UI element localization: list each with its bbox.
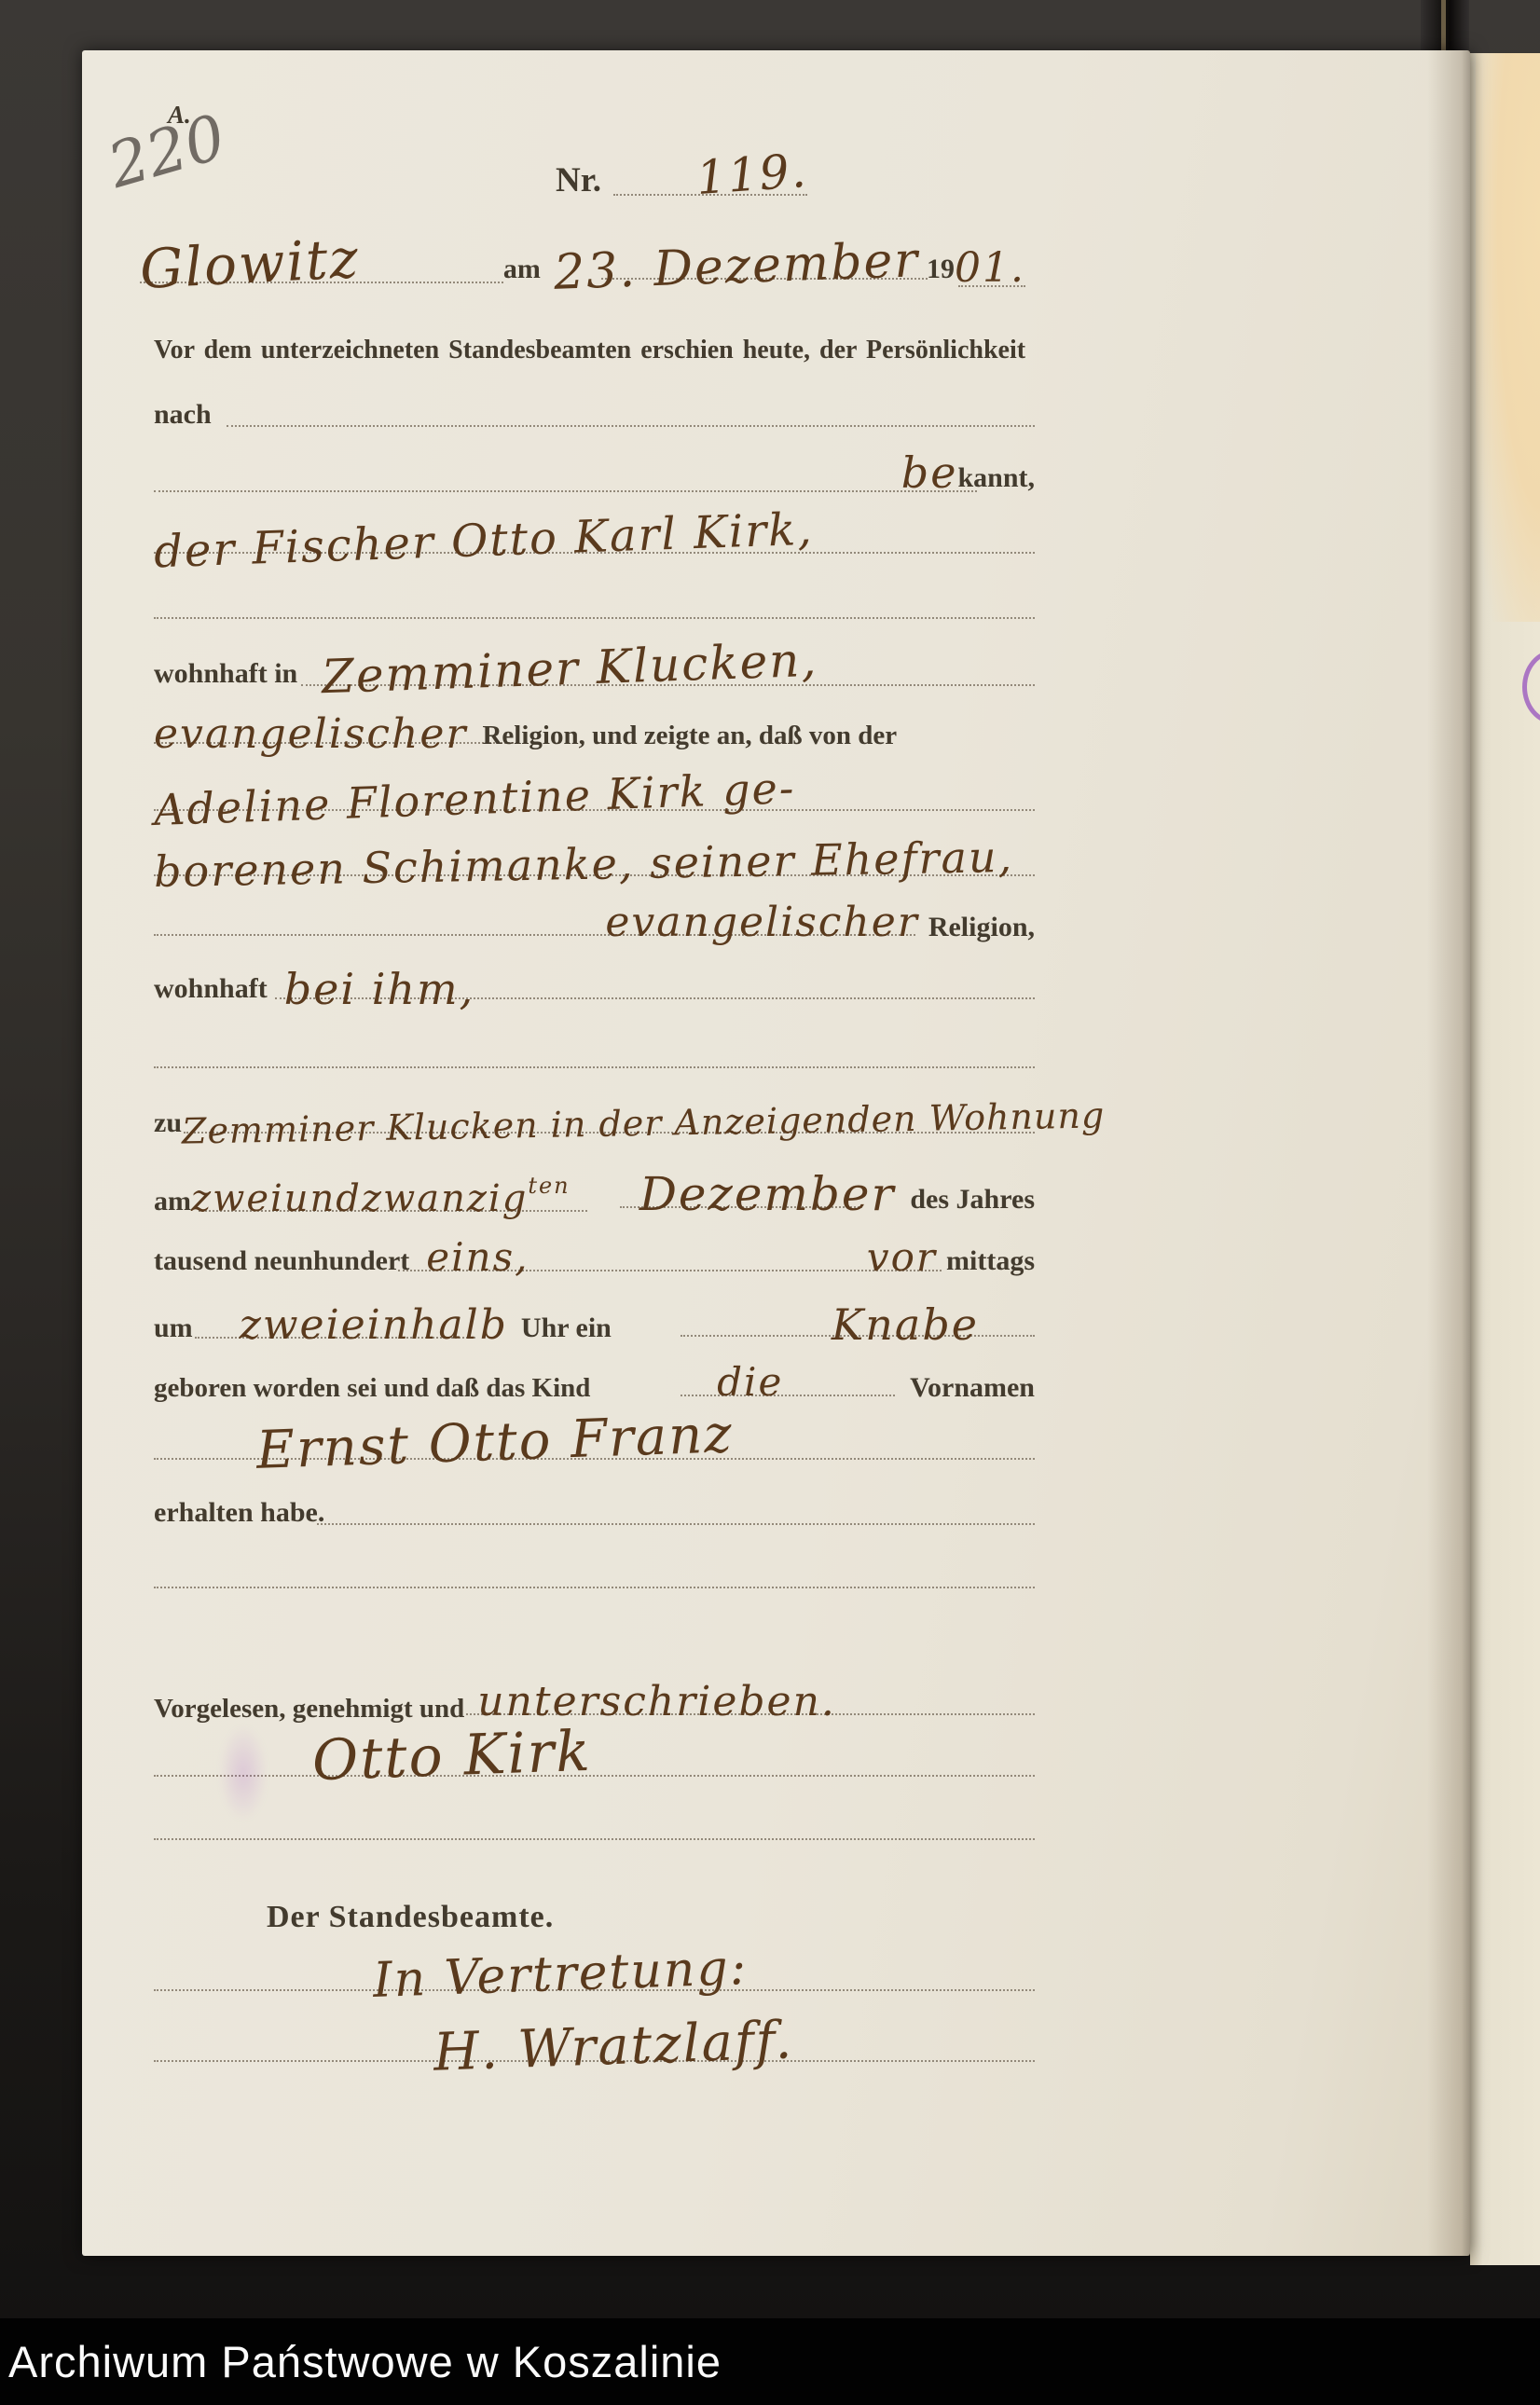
bei-ihm-handwritten: bei ihm, bbox=[284, 968, 475, 1010]
place-handwritten: Glowitz bbox=[139, 231, 362, 296]
mother2-handwritten: borenen Schimanke, seiner Ehefrau, bbox=[154, 835, 1014, 893]
child-names-line: Ernst Otto Franz bbox=[154, 1398, 1035, 1469]
wohnhaft-label: wohnhaft bbox=[154, 975, 268, 1003]
intro-paragraph-line: Vor dem unterzeichneten Standesbeamten e… bbox=[154, 319, 1049, 364]
place-date-line: Glowitz am 23. Dezember 19 01. bbox=[140, 201, 1025, 291]
archive-caption-bar: Archiwum Państwowe w Koszalinie bbox=[0, 2318, 1540, 2405]
birth-day-handwritten: zweiundzwanzig bbox=[191, 1180, 528, 1217]
religion1-label: Religion, und zeigte an, daß von der bbox=[482, 722, 897, 749]
nr-value-handwritten: 119. bbox=[694, 147, 809, 201]
document-page: A. 220 Nr. 119. Glowitz am 23. Dezember … bbox=[82, 50, 1470, 2256]
tausend-label: tausend neunhundert bbox=[154, 1247, 409, 1275]
pencil-page-number: 220 bbox=[101, 101, 233, 202]
nach-label: nach bbox=[154, 401, 212, 429]
birth-year-line: tausend neunhundert eins, vor mittags bbox=[154, 1223, 1035, 1277]
purple-ink-smudge bbox=[183, 2174, 309, 2295]
birth-month-handwritten: Dezember bbox=[639, 1171, 896, 1217]
birth-day-suffix: ten bbox=[528, 1175, 570, 1197]
um-label: um bbox=[154, 1314, 193, 1342]
in-vertretung-line: In Vertretung: bbox=[154, 1933, 1035, 1999]
uhr-ein-label: Uhr ein bbox=[521, 1314, 612, 1342]
residence-handwritten: Zemminer Klucken, bbox=[322, 637, 819, 701]
erhalten-line: erhalten habe. bbox=[154, 1482, 1035, 1527]
binding-thread bbox=[1441, 0, 1446, 52]
year-handwritten: 01. bbox=[955, 248, 1025, 289]
mother-line-1: Adeline Florentine Kirk ge- bbox=[154, 757, 1035, 820]
adjacent-page-edge bbox=[1470, 53, 1540, 2265]
wohnhaft-line: wohnhaft bei ihm, bbox=[154, 947, 1035, 1010]
child-names-handwritten: Ernst Otto Franz bbox=[255, 1409, 734, 1477]
am2-label: am bbox=[154, 1188, 191, 1216]
religion1-handwritten: evangelischer bbox=[154, 714, 467, 755]
archive-name: Archiwum Państwowe w Koszalinie bbox=[0, 2336, 722, 2387]
des-jahres-label: des Jahres bbox=[910, 1186, 1035, 1214]
dotted-rule bbox=[154, 490, 977, 492]
registrar-title-line: Der Standesbeamte. bbox=[267, 1892, 826, 1933]
date-handwritten: 23. Dezember bbox=[553, 236, 920, 297]
declarant-line: der Fischer Otto Karl Kirk, bbox=[154, 494, 1035, 563]
empty-rule-line bbox=[154, 1559, 1035, 1590]
declarant-handwritten: der Fischer Otto Karl Kirk, bbox=[153, 507, 814, 575]
nr-label: Nr. bbox=[556, 163, 601, 198]
in-vertretung-handwritten: In Vertretung: bbox=[372, 1944, 749, 2005]
zu-label: zu bbox=[154, 1109, 182, 1137]
declarant-signature: Otto Kirk bbox=[311, 1724, 593, 1789]
nach-line: nach bbox=[154, 382, 1035, 429]
intro-text: Vor dem unterzeichneten Standesbeamten e… bbox=[154, 337, 1025, 364]
vorgelesen-label: Vorgelesen, genehmigt und bbox=[154, 1696, 464, 1723]
religion2-handwritten: evangelischer bbox=[605, 902, 918, 943]
empty-rule-line bbox=[154, 1808, 1035, 1842]
dotted-rule bbox=[681, 1395, 895, 1396]
dotted-rule bbox=[227, 425, 1035, 427]
mother-line-2: borenen Schimanke, seiner Ehefrau, bbox=[154, 822, 1035, 886]
bekannt-line: be kannt, bbox=[154, 440, 1035, 494]
wohnhaft-in-label: wohnhaft in bbox=[154, 660, 297, 688]
dotted-rule bbox=[154, 1587, 1035, 1588]
kannt-label: kannt, bbox=[957, 464, 1035, 492]
birth-place-handwritten: Zemminer Klucken in der Anzeigenden Wohn… bbox=[182, 1097, 1106, 1148]
religion2-label: Religion, bbox=[928, 914, 1035, 941]
birth-day-line: am zweiundzwanzigten Dezember des Jahres bbox=[154, 1158, 1035, 1217]
dotted-rule bbox=[154, 617, 1035, 619]
dotted-rule bbox=[154, 1838, 1035, 1840]
child-sex-handwritten: Knabe bbox=[832, 1303, 979, 1346]
vorgelesen-line: Vorgelesen, genehmigt und unterschrieben… bbox=[154, 1669, 1035, 1723]
erhalten-label: erhalten habe. bbox=[154, 1499, 324, 1527]
record-number-line: Nr. 119. bbox=[556, 136, 807, 198]
dotted-rule bbox=[154, 1066, 1035, 1068]
scanned-birth-record-photo: { "archive_bar": { "label": "Archiwum Pa… bbox=[0, 0, 1540, 2405]
empty-rule-line bbox=[154, 587, 1035, 621]
geboren-line: geboren worden sei und daß das Kind die … bbox=[154, 1352, 1035, 1402]
die-handwritten: die bbox=[717, 1363, 783, 1402]
registrar-signature-line: H. Wratzlaff. bbox=[154, 2000, 1035, 2073]
dotted-rule bbox=[154, 1775, 1035, 1777]
be-handwritten: be bbox=[901, 451, 958, 494]
birth-place-line: zu Zemminer Klucken in der Anzeigenden W… bbox=[154, 1074, 1035, 1141]
vornamen-label: Vornamen bbox=[910, 1374, 1035, 1402]
registrar-signature: H. Wratzlaff. bbox=[433, 2014, 794, 2079]
year-word-handwritten: eins, bbox=[426, 1238, 529, 1277]
empty-rule-line bbox=[154, 1037, 1035, 1070]
tan-stain bbox=[1476, 53, 1540, 622]
dotted-rule bbox=[317, 1523, 1035, 1525]
purple-ink-streak bbox=[211, 1721, 276, 1851]
residence-line: wohnhaft in Zemminer Klucken, bbox=[154, 630, 1035, 692]
declarant-signature-line: Otto Kirk bbox=[154, 1717, 1035, 1784]
birth-time-line: um zweieinhalb Uhr ein Knabe bbox=[154, 1285, 1035, 1346]
mittags-label: mittags bbox=[946, 1247, 1035, 1275]
geboren-label: geboren worden sei und daß das Kind bbox=[154, 1375, 590, 1402]
am-label: am bbox=[503, 255, 541, 283]
unterschrieben-handwritten: unterschrieben. bbox=[477, 1682, 836, 1723]
registrar-label: Der Standesbeamte. bbox=[267, 1902, 554, 1933]
year-printed: 19 bbox=[927, 255, 955, 283]
time-handwritten: zweieinhalb bbox=[240, 1305, 508, 1346]
religion1-line: evangelischer Religion, und zeigte an, d… bbox=[154, 699, 1035, 755]
religion2-line: evangelischer Religion, bbox=[154, 887, 1035, 943]
vor-handwritten: vor bbox=[867, 1238, 937, 1277]
purple-stamp-arc bbox=[1522, 650, 1540, 724]
